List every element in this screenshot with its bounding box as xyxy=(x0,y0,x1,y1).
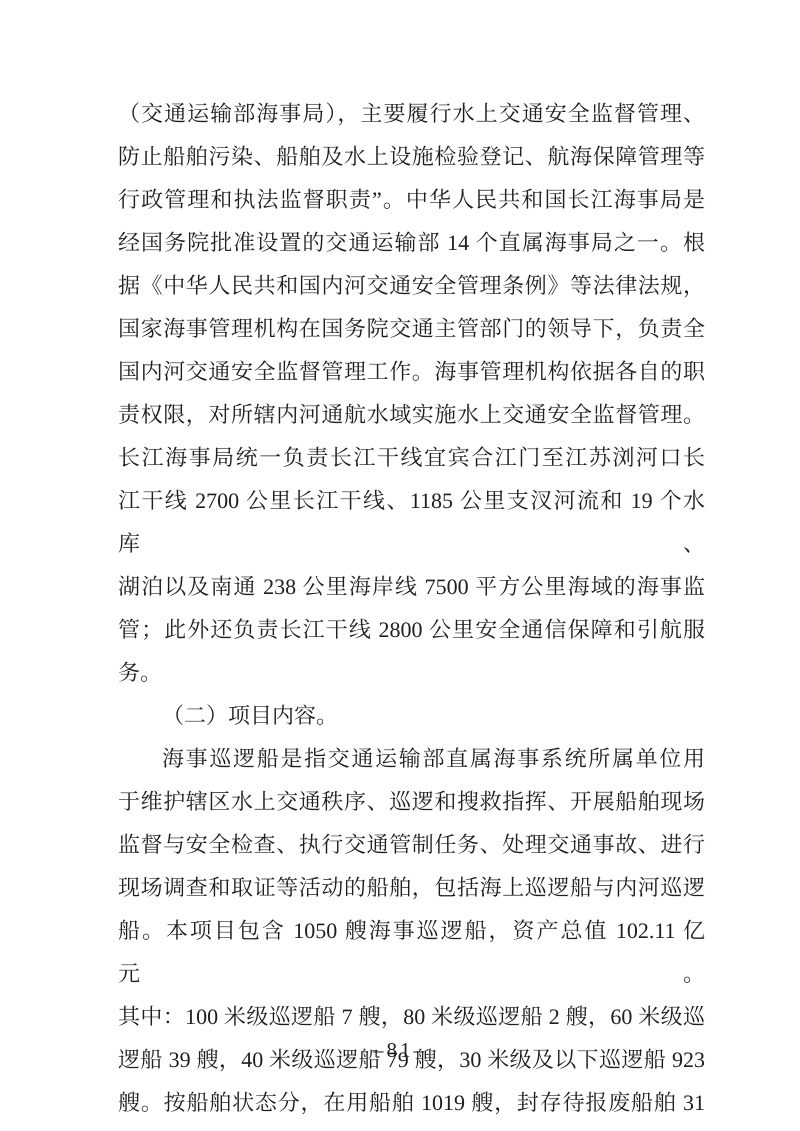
page-footer: –81– xyxy=(0,1034,800,1066)
text-line: 经国务院批准设置的交通运输部 14 个直属海事局之一。根 xyxy=(118,221,705,264)
text-line: 责权限，对所辖内河通航水域实施水上交通安全监督管理。 xyxy=(118,393,705,436)
text-line: 监督与安全检查、执行交通管制任务、处理交通事故、进行 xyxy=(118,823,705,866)
text-line: 行政管理和执法监督职责”。中华人民共和国长江海事局是 xyxy=(118,178,705,221)
document-body: （交通运输部海事局），主要履行水上交通安全监督管理、防止船舶污染、船舶及水上设施… xyxy=(118,92,705,1124)
text-line: 艘。按船舶状态分，在用船舶 1019 艘，封存待报废船舶 31 xyxy=(118,1081,705,1124)
text-line: 于维护辖区水上交通秩序、巡逻和搜救指挥、开展船舶现场 xyxy=(118,780,705,823)
text-line: 湖泊以及南通 238 公里海岸线 7500 平方公里海域的海事监 xyxy=(118,565,705,608)
text-line: 防止船舶污染、船舶及水上设施检验登记、航海保障管理等 xyxy=(118,135,705,178)
text-line: 据《中华人民共和国内河交通安全管理条例》等法律法规， xyxy=(118,264,705,307)
text-line: 船。本项目包含 1050 艘海事巡逻船，资产总值 102.11 亿元。 xyxy=(118,909,705,995)
text-line: 其中：100 米级巡逻船 7 艘，80 米级巡逻船 2 艘，60 米级巡 xyxy=(118,995,705,1038)
text-line: 长江海事局统一负责长江干线宜宾合江门至江苏浏河口长 xyxy=(118,436,705,479)
document-page: （交通运输部海事局），主要履行水上交通安全监督管理、防止船舶污染、船舶及水上设施… xyxy=(0,0,800,1131)
text-line: （二）项目内容。 xyxy=(118,694,705,737)
text-line: 国家海事管理机构在国务院交通主管部门的领导下，负责全 xyxy=(118,307,705,350)
text-line: 海事巡逻船是指交通运输部直属海事系统所属单位用 xyxy=(118,737,705,780)
text-line: 江干线 2700 公里长江干线、1185 公里支汊河流和 19 个水库、 xyxy=(118,479,705,565)
page-number: –81– xyxy=(373,1038,427,1062)
text-line: （交通运输部海事局），主要履行水上交通安全监督管理、 xyxy=(118,92,705,135)
text-line: 国内河交通安全监督管理工作。海事管理机构依据各自的职 xyxy=(118,350,705,393)
text-line: 现场调查和取证等活动的船舶，包括海上巡逻船与内河巡逻 xyxy=(118,866,705,909)
text-line: 务。 xyxy=(118,651,705,694)
text-line: 管；此外还负责长江干线 2800 公里安全通信保障和引航服 xyxy=(118,608,705,651)
